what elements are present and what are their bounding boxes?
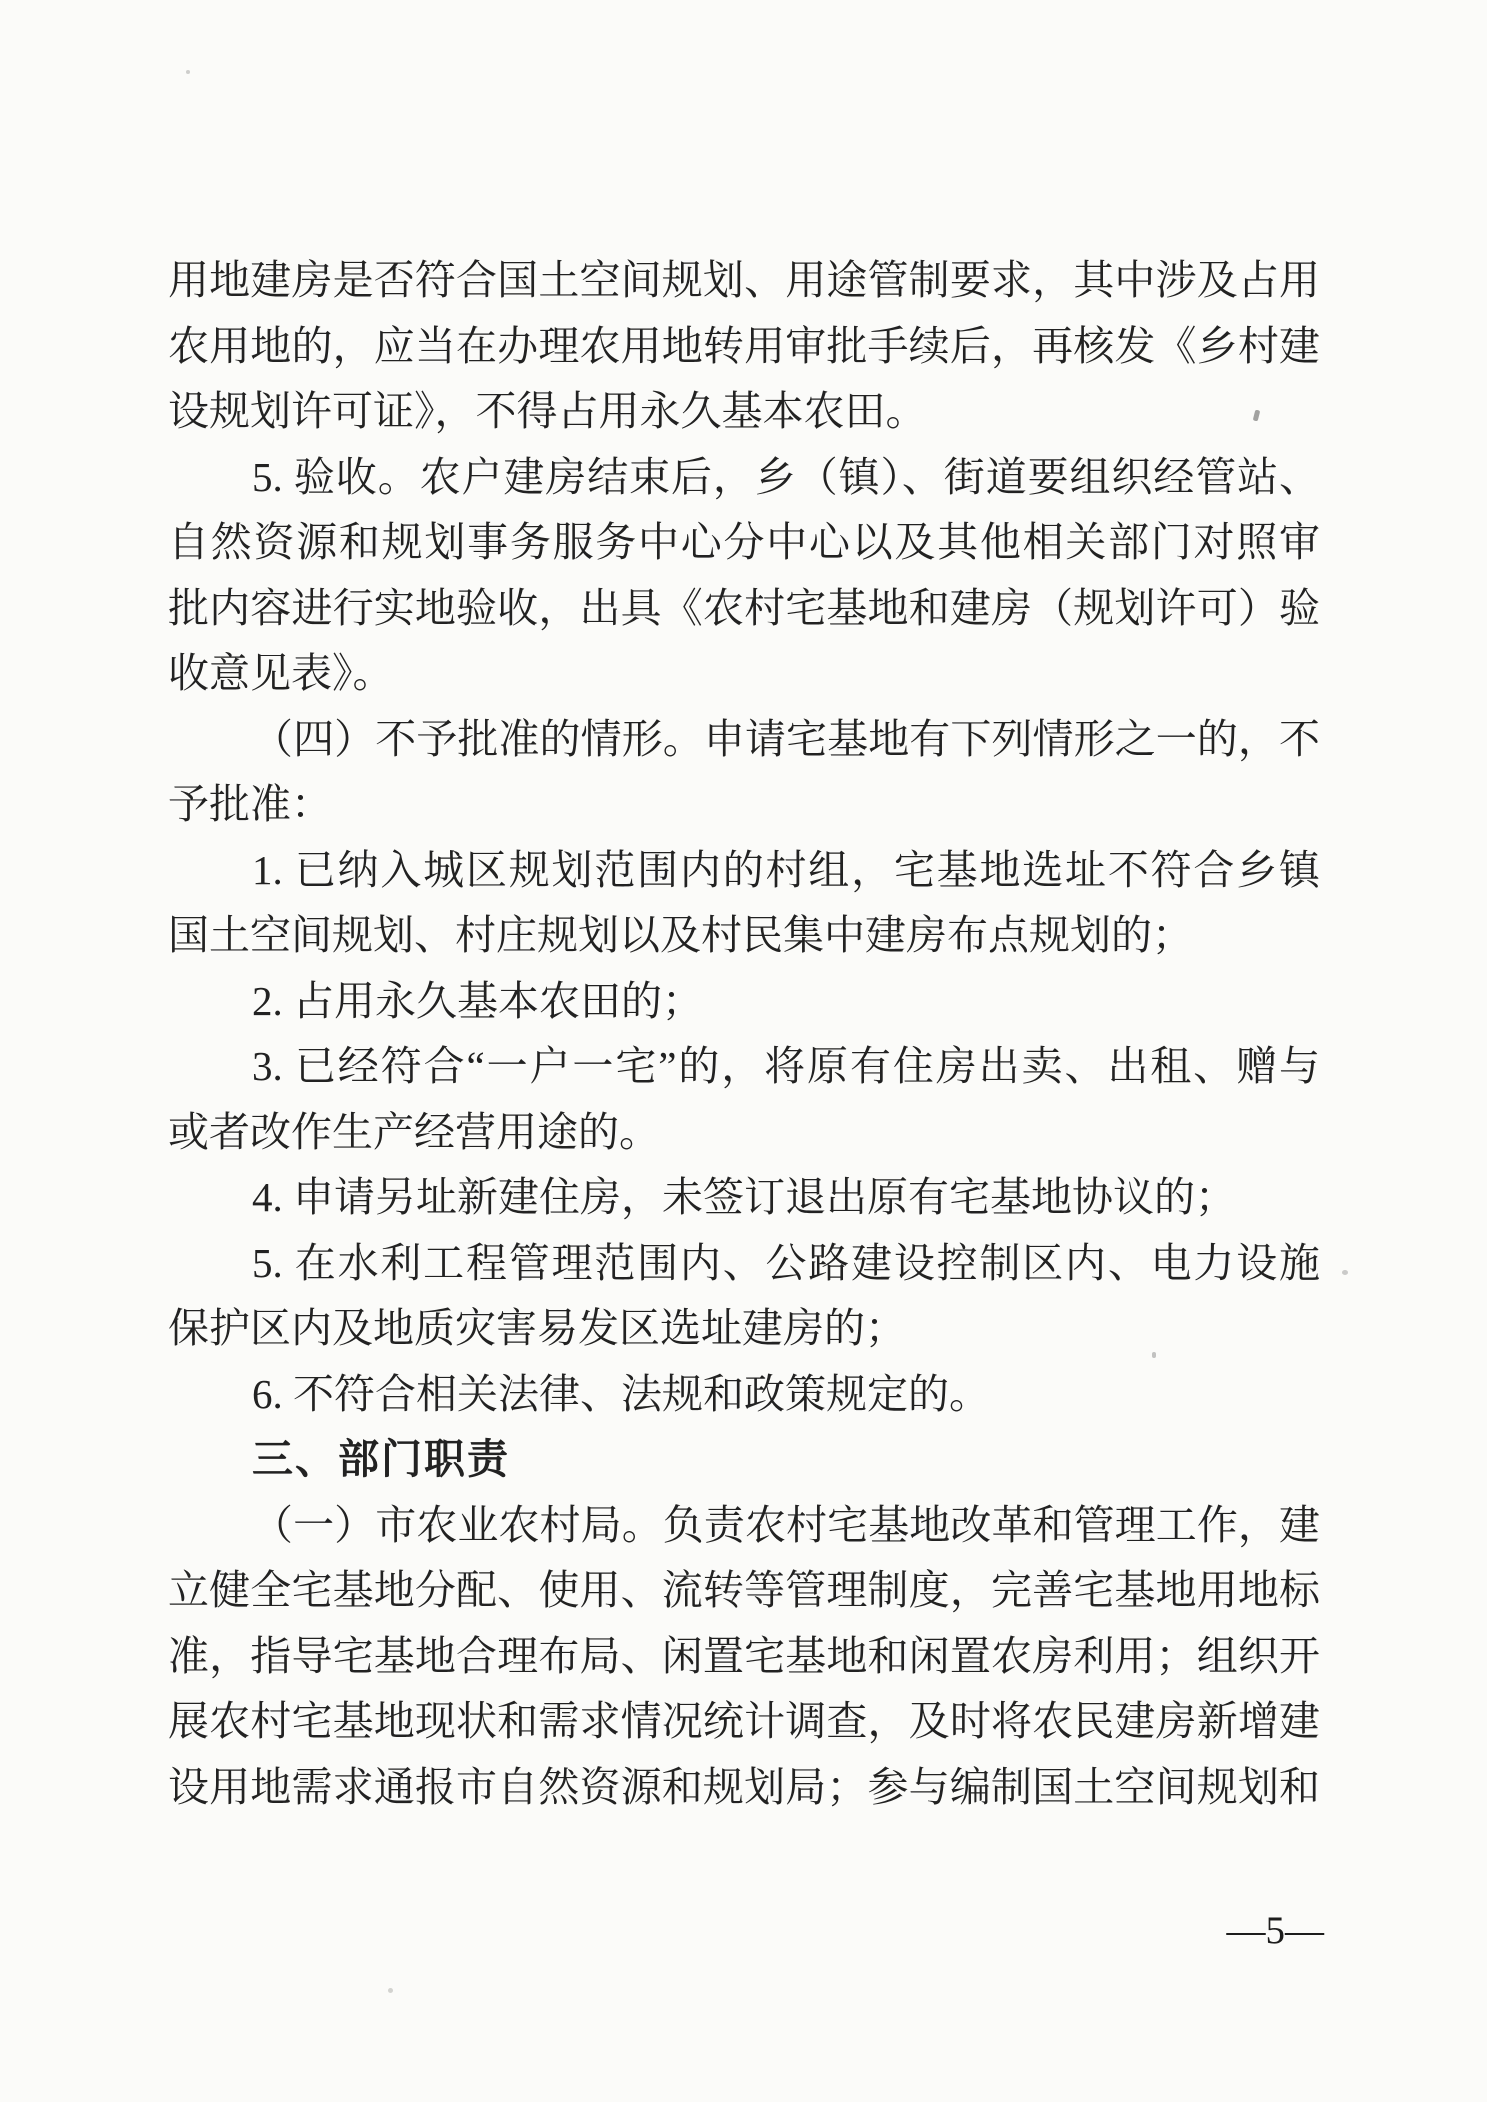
text-line: 自然资源和规划事务服务中心分中心以及其他相关部门对照审 (168, 510, 1320, 576)
text-line: 5. 验收。农户建房结束后，乡（镇）、街道要组织经管站、 (168, 445, 1320, 511)
text-line: 5. 在水利工程管理范围内、公路建设控制区内、电力设施 (168, 1231, 1320, 1297)
text-line: 3. 已经符合“一户一宅”的，将原有住房出卖、出租、赠与 (168, 1034, 1320, 1100)
text-line: 设用地需求通报市自然资源和规划局；参与编制国土空间规划和 (168, 1755, 1320, 1821)
scan-speck (1152, 1352, 1156, 1358)
text-line: 国土空间规划、村庄规划以及村民集中建房布点规划的； (168, 903, 1320, 969)
text-line: 或者改作生产经营用途的。 (168, 1100, 1320, 1166)
text-line: 准，指导宅基地合理布局、闲置宅基地和闲置农房利用；组织开 (168, 1624, 1320, 1690)
text-line: 用地建房是否符合国土空间规划、用途管制要求，其中涉及占用 (168, 248, 1320, 314)
text-line: 农用地的，应当在办理农用地转用审批手续后，再核发《乡村建 (168, 314, 1320, 380)
text-line: 予批准： (168, 772, 1320, 838)
text-line: 6. 不符合相关法律、法规和政策规定的。 (168, 1362, 1320, 1428)
scan-speck (388, 1988, 393, 1993)
text-line: 收意见表》。 (168, 641, 1320, 707)
page-number: —5— (1227, 1908, 1325, 1953)
text-line: 展农村宅基地现状和需求情况统计调查，及时将农民建房新增建 (168, 1689, 1320, 1755)
scan-speck (1342, 1270, 1348, 1275)
text-block: 用地建房是否符合国土空间规划、用途管制要求，其中涉及占用 农用地的，应当在办理农… (168, 248, 1320, 1820)
section-heading: 三、部门职责 (168, 1427, 1320, 1493)
text-line: 立健全宅基地分配、使用、流转等管理制度，完善宅基地用地标 (168, 1558, 1320, 1624)
text-line: 2. 占用永久基本农田的； (168, 969, 1320, 1035)
text-line: 保护区内及地质灾害易发区选址建房的； (168, 1296, 1320, 1362)
text-line: 1. 已纳入城区规划范围内的村组，宅基地选址不符合乡镇 (168, 838, 1320, 904)
text-line: （一）市农业农村局。负责农村宅基地改革和管理工作，建 (168, 1493, 1320, 1559)
text-line: （四）不予批准的情形。申请宅基地有下列情形之一的，不 (168, 707, 1320, 773)
text-line: 批内容进行实地验收，出具《农村宅基地和建房（规划许可）验 (168, 576, 1320, 642)
document-page: 用地建房是否符合国土空间规划、用途管制要求，其中涉及占用 农用地的，应当在办理农… (0, 0, 1487, 2102)
scan-speck (186, 70, 190, 74)
text-line: 4. 申请另址新建住房，未签订退出原有宅基地协议的； (168, 1165, 1320, 1231)
text-line: 设规划许可证》，不得占用永久基本农田。 (168, 379, 1320, 445)
